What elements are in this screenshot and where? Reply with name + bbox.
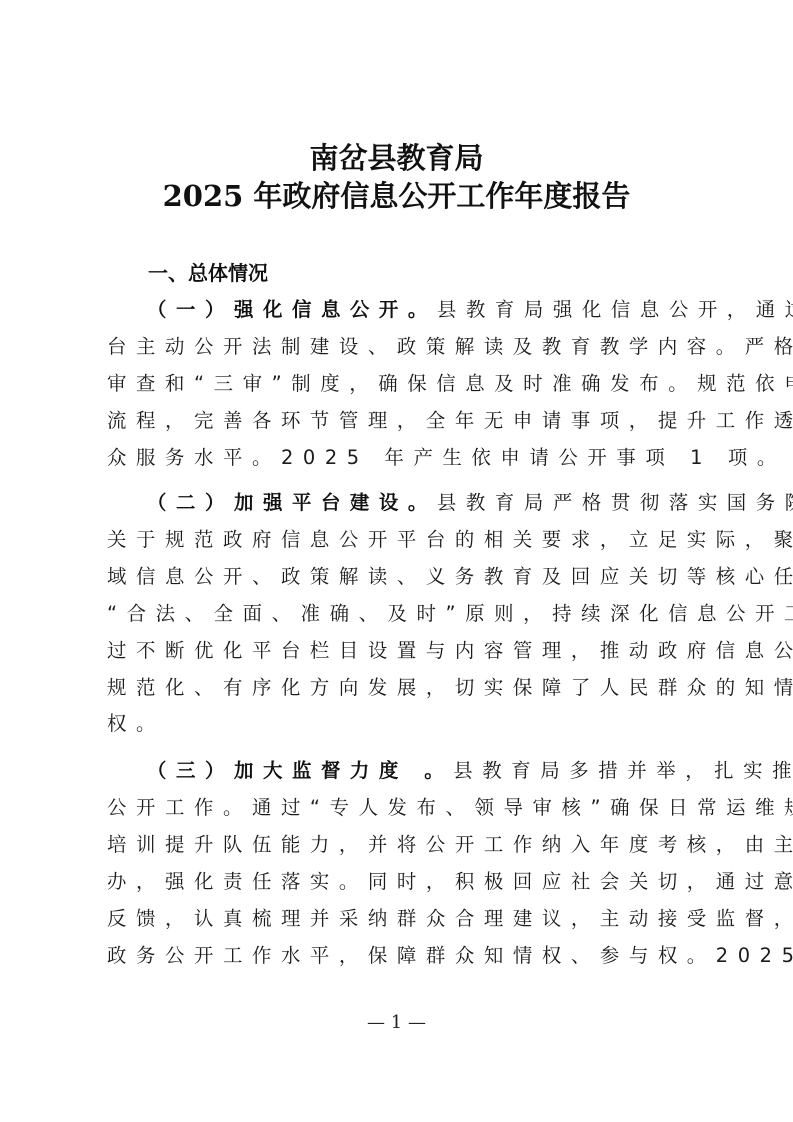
paragraph-line: 关于规范政府信息公开平台的相关要求，立足实际，聚焦重点领 — [107, 522, 695, 559]
paragraph-line-text: 县教育局强化信息公开，通过政府平 — [437, 298, 793, 321]
document-title-line2: 2025 年政府信息公开工作年度报告 — [0, 178, 793, 215]
paragraph-line: 众服务水平。2025 年产生依申请公开事项 1 项。 — [107, 440, 695, 477]
document-page: 南岔县教育局 2025 年政府信息公开工作年度报告 一、总体情况 （一）强化信息… — [0, 0, 793, 1122]
paragraph-line-text: 县教育局多措并举，扎实推进政务 — [453, 759, 793, 782]
paragraph-line: 权。 — [107, 706, 695, 743]
paragraph-line: 审查和“三审”制度，确保信息及时准确发布。规范依申请公开 — [107, 366, 695, 403]
paragraph-lead: （二）加强平台建设。 — [147, 491, 437, 514]
paragraph-line: 培训提升队伍能力，并将公开工作纳入年度考核，由主要领导督 — [107, 827, 695, 864]
paragraph-line: （一）强化信息公开。县教育局强化信息公开，通过政府平 — [107, 292, 695, 329]
paragraph-line: “合法、全面、准确、及时”原则，持续深化信息公开工作。通 — [107, 596, 695, 633]
document-title-line1: 南岔县教育局 — [0, 140, 793, 177]
paragraph-line: 规范化、有序化方向发展，切实保障了人民群众的知情权与参与 — [107, 670, 695, 707]
paragraph-line: 办，强化责任落实。同时，积极回应社会关切，通过意见征集和 — [107, 864, 695, 901]
paragraph-line: 域信息公开、政策解读、义务教育及回应关切等核心任务，秉持 — [107, 559, 695, 596]
paragraph-line: 公开工作。通过“专人发布、领导审核”确保日常运维规范，以 — [107, 790, 695, 827]
paragraph-line: （三）加大监督力度 。县教育局多措并举，扎实推进政务 — [107, 753, 695, 790]
paragraph-lead: （一）强化信息公开。 — [147, 298, 437, 321]
paragraph-line: 反馈，认真梳理并采纳群众合理建议，主动接受监督，不断提升 — [107, 901, 695, 938]
paragraph-line: 台主动公开法制建设、政策解读及教育教学内容。严格实行保密 — [107, 329, 695, 366]
paragraph-line: 流程，完善各环节管理，全年无申请事项，提升工作透明度与公 — [107, 403, 695, 440]
paragraph-line: （二）加强平台建设。县教育局严格贯彻落实国务院办公厅 — [107, 485, 695, 522]
paragraph-line: 过不断优化平台栏目设置与内容管理，推动政府信息公开平台向 — [107, 633, 695, 670]
paragraph-line-text: 县教育局严格贯彻落实国务院办公厅 — [437, 491, 793, 514]
paragraph-line: 政务公开工作水平，保障群众知情权、参与权。2025 年县教育 — [107, 938, 695, 975]
paragraph-lead: （三）加大监督力度 。 — [147, 759, 453, 782]
paragraph-platform-construction: （二）加强平台建设。县教育局严格贯彻落实国务院办公厅 关于规范政府信息公开平台的… — [107, 485, 695, 743]
section-heading-overview: 一、总体情况 — [148, 258, 268, 288]
page-number: — 1 — — [0, 1010, 793, 1036]
paragraph-supervision: （三）加大监督力度 。县教育局多措并举，扎实推进政务 公开工作。通过“专人发布、… — [107, 753, 695, 974]
paragraph-information-disclosure: （一）强化信息公开。县教育局强化信息公开，通过政府平 台主动公开法制建设、政策解… — [107, 292, 695, 477]
